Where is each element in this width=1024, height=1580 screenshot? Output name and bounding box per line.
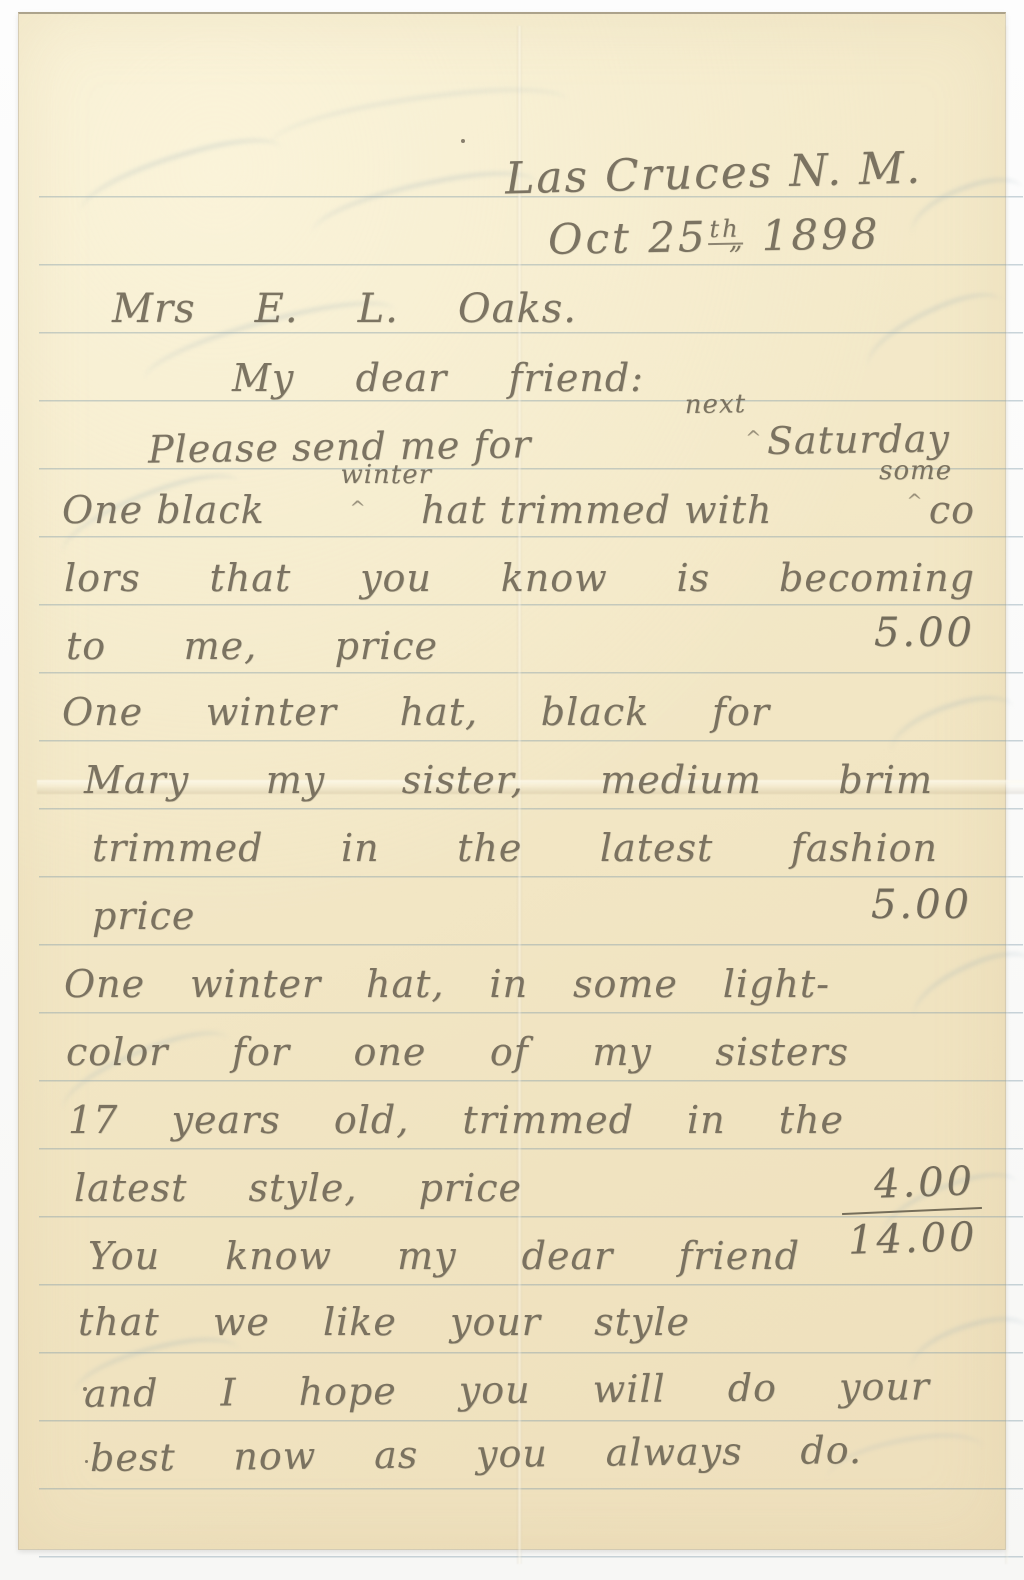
show-through-mark [856,280,1012,383]
closing-line1: You know my dear friend [88,1234,800,1278]
item2-price: 5.00 [871,882,972,928]
closing-line3: and I hope you will do your [84,1364,930,1415]
item1-line3: to me, price [66,624,438,668]
pencil-dot [461,139,465,143]
item2-line2: Mary my sister, medium brim [84,758,933,802]
total-amount: 14.00 [848,1214,979,1263]
item1-end: co [929,488,975,532]
insertion-caret: ^ [907,490,924,512]
item3-line3: 17 years old, trimmed in the [68,1098,844,1142]
item2-line4: price [92,894,195,938]
ruled-lines [39,196,1023,1558]
item1-mid: hat trimmed with [421,488,772,532]
item1-price: 5.00 [874,610,975,656]
date-line: Oct 25th„ 1898 [548,209,881,264]
item3-price: 4.00 [873,1158,976,1207]
salutation-line: My dear friend: [232,356,644,400]
item2-line3: trimmed in the latest fashion [92,826,938,870]
insertion-caret: ^ [350,497,367,519]
date-underline-marks: „ [729,225,746,255]
item3-line4: latest style, price [74,1166,522,1210]
place-line: Las Cruces N. M. [504,143,922,205]
closing-line2: that we like your style [78,1300,690,1344]
item3-line1: One winter hat, in some light- [64,962,830,1006]
scanned-letter: Las Cruces N. M. Oct 25th„ 1898 Mrs E. L… [0,0,1024,1580]
show-through-mark [73,126,288,228]
item1-line1: One black hat trimmed with co winter ^ s… [62,488,975,532]
inserted-word-winter: winter [340,460,432,490]
insertion-caret: ^ [745,427,762,449]
item1-start: One black [62,488,265,532]
show-through-mark [267,78,570,160]
addressee-line: Mrs E. L. Oaks. [112,286,577,332]
date-prefix: Oct 25 [548,212,708,264]
pencil-dot [85,1460,88,1463]
show-through-mark [883,686,1021,768]
item3-line2: color for one of my sisters [66,1030,849,1074]
date-year: 1898 [761,209,881,260]
item2-line1: One winter hat, black for [62,690,770,734]
inserted-word-next: next [685,389,747,420]
vertical-fold-crease-right [1005,26,1008,1564]
inserted-word-some: some [879,456,952,486]
item1-line2: lors that you know is becoming [64,556,975,600]
closing-line4: best now as you always do. [90,1428,862,1480]
